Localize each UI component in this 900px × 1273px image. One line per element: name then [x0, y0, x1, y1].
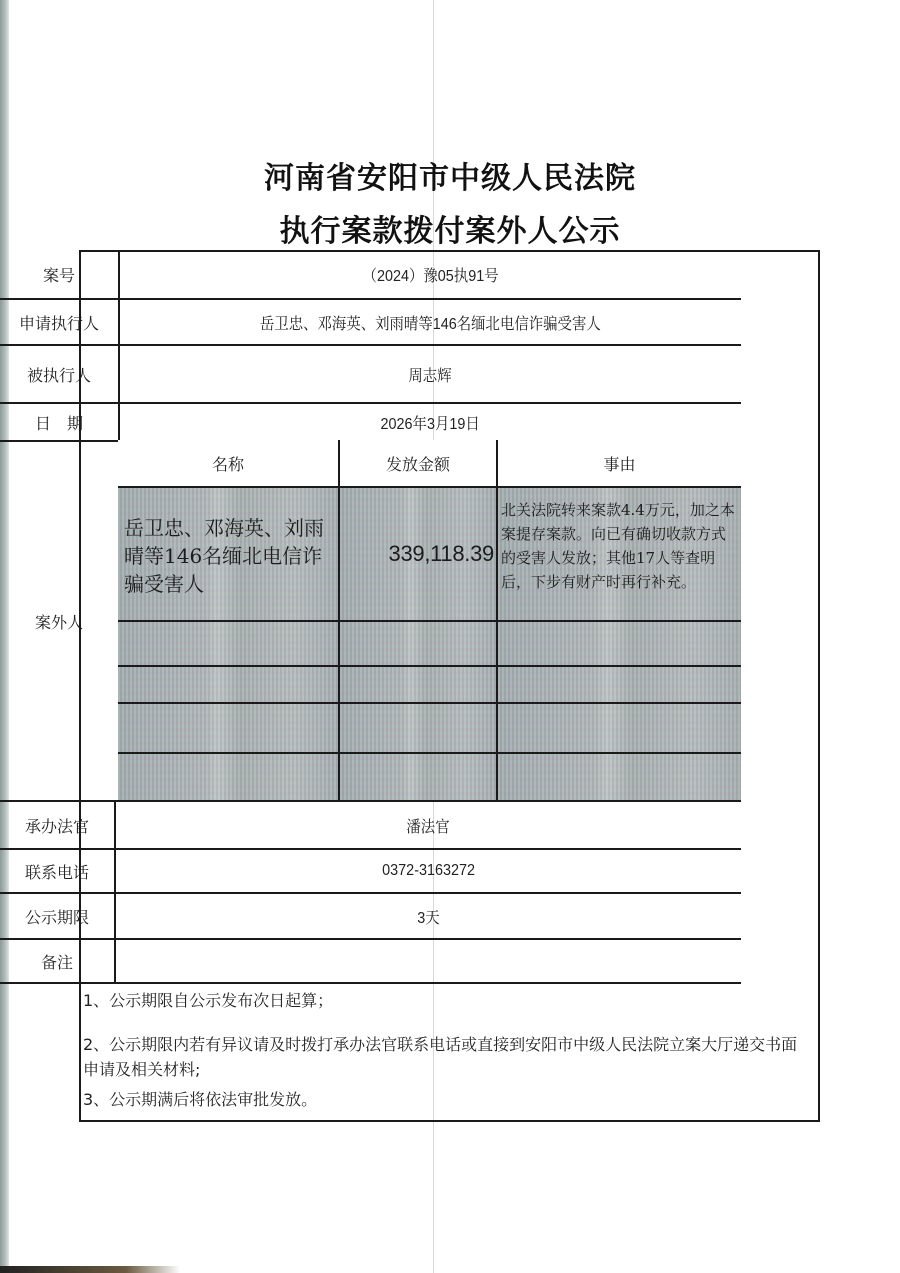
table-row-2-reason: [498, 622, 741, 667]
period-label: 公示期限: [0, 894, 116, 938]
header-amount: 发放金额: [340, 440, 498, 488]
header-name: 名称: [118, 440, 340, 488]
note-2: 2、公示期限内若有异议请及时拨打承办法官联系电话或直接到安阳市中级人民法院立案大…: [83, 1032, 812, 1082]
phone-label: 联系电话: [0, 850, 116, 892]
table-row-1-reason: 北关法院转来案款4.4万元，加之本案提存案款。向已有确切收款方式的受害人发放；其…: [498, 488, 741, 622]
notes-section: 1、公示期限自公示发布次日起算； 2、公示期限内若有异议请及时拨打承办法官联系电…: [79, 982, 820, 1122]
table-row-5-reason: [498, 754, 741, 802]
court-name-title: 河南省安阳市中级人民法院: [0, 153, 900, 197]
table-row-5-amount: [340, 754, 498, 802]
judge-label: 承办法官: [0, 802, 116, 848]
table-row-1-name: 岳卫忠、邓海英、刘雨晴等146名缅北电信诈骗受害人: [118, 488, 340, 622]
table-row-1-amount: 339,118.39: [340, 488, 498, 622]
judge-value: 潘法官: [116, 802, 741, 848]
respondent-value: 周志辉: [120, 346, 741, 402]
table-row-5-name: [118, 754, 340, 802]
row-applicant: 申请执行人 岳卫忠、邓海英、刘雨晴等146名缅北电信诈骗受害人: [0, 298, 741, 344]
remarks-value: [116, 940, 741, 982]
table-row-3-name: [118, 667, 340, 704]
row-case-number: 案号 （2024）豫05执91号: [0, 250, 741, 298]
phone-value: 0372-3163272: [116, 850, 741, 892]
row-third-party: 案外人 名称 发放金额 事由 岳卫忠、邓海英、刘雨晴等146名缅北电信诈骗受害人…: [0, 440, 741, 800]
notice-title: 执行案款拨付案外人公示: [0, 206, 900, 250]
payout-table: 名称 发放金额 事由 岳卫忠、邓海英、刘雨晴等146名缅北电信诈骗受害人 339…: [118, 442, 741, 800]
note-1: 1、公示期限自公示发布次日起算；: [83, 988, 812, 1013]
remarks-label: 备注: [0, 940, 116, 982]
scan-bottom-edge: [0, 1266, 180, 1273]
table-row-4-amount: [340, 704, 498, 754]
row-phone: 联系电话 0372-3163272: [0, 848, 741, 892]
row-respondent: 被执行人 周志辉: [0, 344, 741, 402]
period-value: 3天: [116, 894, 741, 938]
applicant-value: 岳卫忠、邓海英、刘雨晴等146名缅北电信诈骗受害人: [120, 300, 741, 344]
header-reason: 事由: [498, 440, 741, 488]
third-party-label: 案外人: [0, 442, 120, 800]
row-judge: 承办法官 潘法官: [0, 800, 741, 848]
row-remarks: 备注: [0, 938, 741, 982]
date-value: 2026年3月19日: [120, 404, 741, 440]
table-row-2-name: [118, 622, 340, 667]
note-3: 3、公示期满后将依法审批发放。: [83, 1087, 812, 1112]
table-row-4-name: [118, 704, 340, 754]
row-date: 日 期 2026年3月19日: [0, 402, 741, 440]
applicant-label: 申请执行人: [0, 300, 120, 344]
table-row-3-amount: [340, 667, 498, 704]
respondent-label: 被执行人: [0, 346, 120, 402]
table-row-2-amount: [340, 622, 498, 667]
date-label: 日 期: [0, 404, 120, 440]
case-number-label: 案号: [0, 250, 120, 298]
row-period: 公示期限 3天: [0, 892, 741, 938]
case-number-value: （2024）豫05执91号: [120, 250, 741, 298]
table-row-3-reason: [498, 667, 741, 704]
table-row-4-reason: [498, 704, 741, 754]
